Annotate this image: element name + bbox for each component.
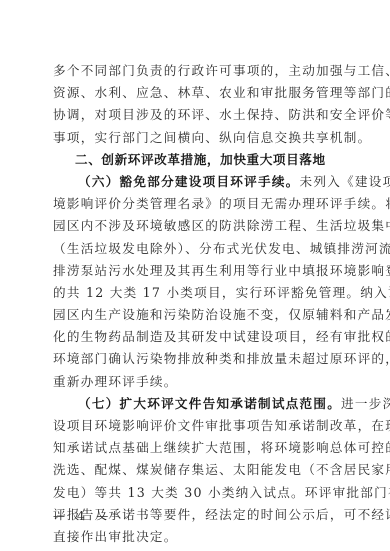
text-line: 发电）等共 13 大类 30 小类纳入试点。环评审批部门在收到环 bbox=[53, 482, 338, 504]
text-line: 境影响评价分类管理名录》的项目无需办理环评手续。将试点 bbox=[53, 193, 338, 215]
item-6-first-line: （六）豁免部分建设项目环评手续。未列入《建设项目环 bbox=[53, 171, 338, 193]
page-number: — 4 — bbox=[53, 509, 112, 523]
section-heading: 二、创新环评改革措施，加快重大项目落地 bbox=[53, 149, 338, 171]
text-line: 协调，对项目涉及的环评、水土保持、防洪和安全评价等审批 bbox=[53, 104, 338, 126]
text-line: 的共 12 大类 17 小类项目，实行环评豁免管理。纳入试点产业 bbox=[53, 282, 338, 304]
text-line: 化的生物药品制造及其研发中试建设项目，经有审批权的生态 bbox=[53, 326, 338, 348]
item-7-first-line: （七）扩大环评文件告知承诺制试点范围。进一步深化建 bbox=[53, 393, 338, 415]
text-line: 直接作出审批决定。 bbox=[53, 526, 338, 548]
item-7-first-rest: 进一步深化建 bbox=[341, 396, 390, 411]
text-line: 设项目环境影响评价文件审批事项告知承诺制改革，在现有告 bbox=[53, 415, 338, 437]
text-line: 园区内生产设施和污染防治设施不变，仅原辅料和产品发生变 bbox=[53, 304, 338, 326]
text-line: 排涝泵站污水处理及其再生利用等行业中填报环境影响登记表 bbox=[53, 260, 338, 282]
text-line: 园区内不涉及环境敏感区的防洪除涝工程、生活垃圾集中处置 bbox=[53, 215, 338, 237]
text-line: 多个不同部门负责的行政许可事项的，主动加强与工信、自然 bbox=[53, 60, 338, 82]
text-line: （生活垃圾发电除外）、分布式光伏发电、城镇排涝河流水闸、 bbox=[53, 238, 338, 260]
text-line: 洗选、配煤、煤炭储存集运、太阳能发电（不含居民家用光伏 bbox=[53, 459, 338, 481]
text-line: 知承诺试点基础上继续扩大范围，将环境影响总体可控的煤炭 bbox=[53, 437, 338, 459]
item-7-lead: （七）扩大环评文件告知承诺制试点范围。 bbox=[78, 396, 341, 411]
text-line: 资源、水利、应急、林草、农业和审批服务管理等部门的沟通 bbox=[53, 82, 338, 104]
body-text: 多个不同部门负责的行政许可事项的，主动加强与工信、自然 资源、水利、应急、林草、… bbox=[53, 60, 338, 548]
text-line: 环境部门确认污染物排放种类和排放量未超过原环评的，无需 bbox=[53, 348, 338, 370]
item-6-lead: （六）豁免部分建设项目环评手续。 bbox=[78, 174, 300, 189]
item-6-first-rest: 未列入《建设项目环 bbox=[300, 174, 390, 189]
document-page: 多个不同部门负责的行政许可事项的，主动加强与工信、自然 资源、水利、应急、林草、… bbox=[0, 0, 390, 551]
text-line: 重新办理环评手续。 bbox=[53, 371, 338, 393]
text-line: 事项，实行部门之间横向、纵向信息交换共享机制。 bbox=[53, 127, 338, 149]
